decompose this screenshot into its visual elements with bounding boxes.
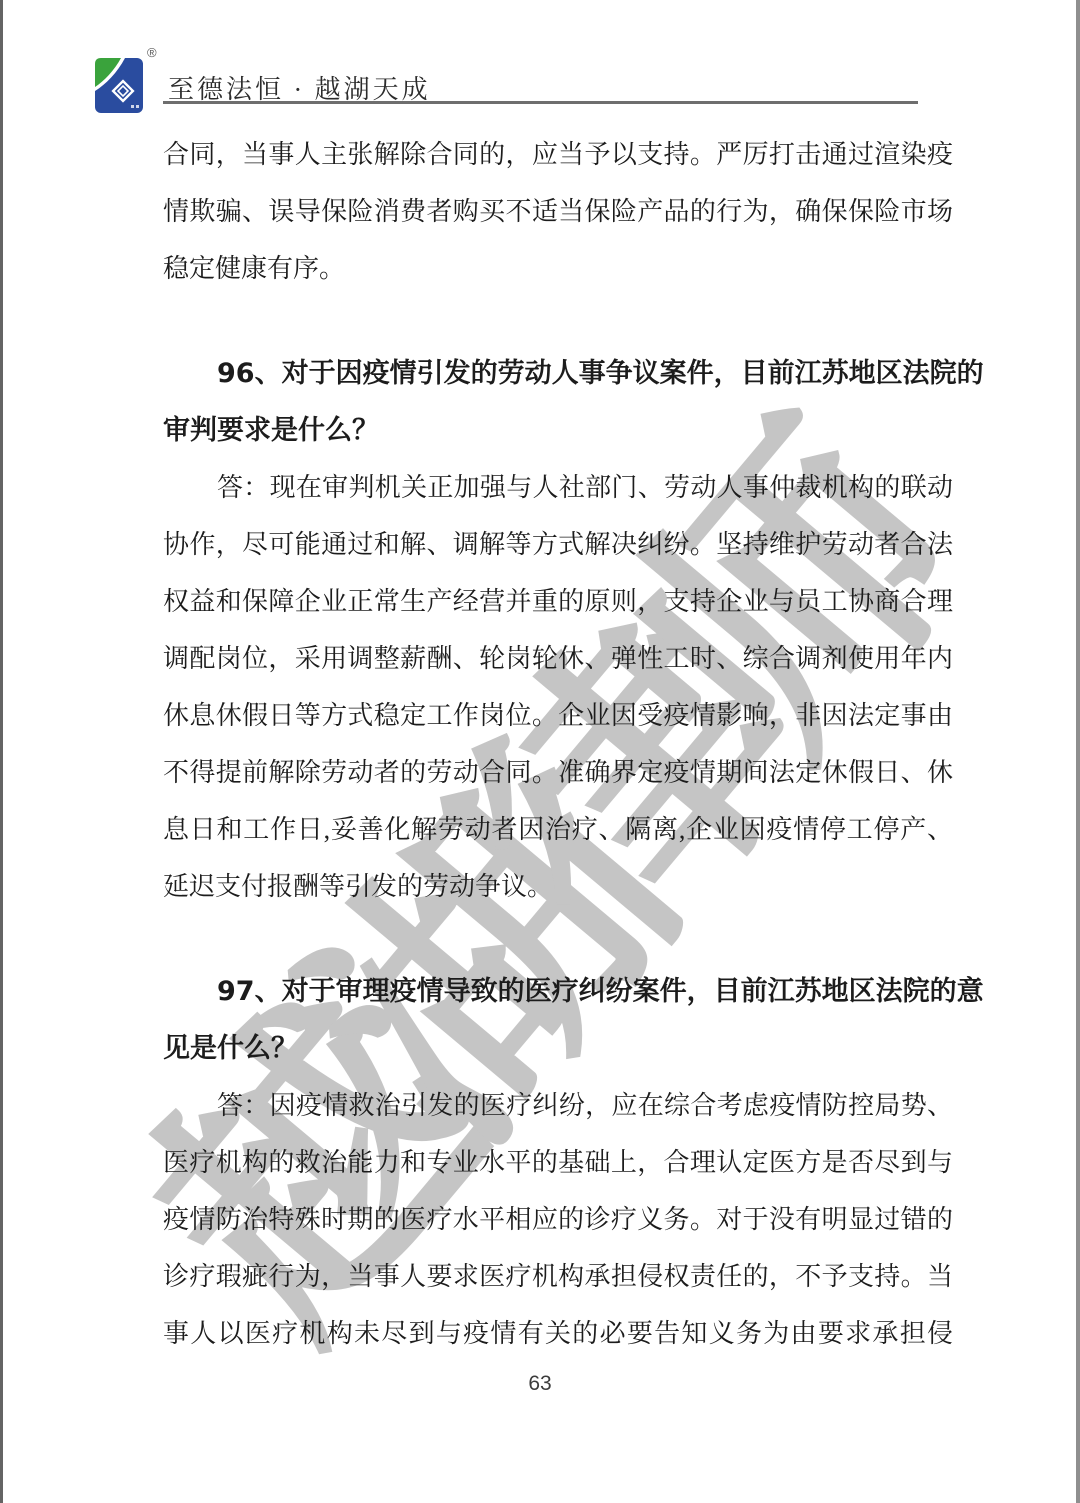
header-divider [163,101,918,104]
answer-96: 答：现在审判机关正加强与人社部门、劳动人事仲裁机构的联动 协作，尽可能通过和解、… [163,459,953,915]
text-line: 不得提前解除劳动者的劳动合同。准确界定疫情期间法定休假日、休 [163,744,953,801]
text-line: 事人以医疗机构未尽到与疫情有关的必要告知义务为由要求承担侵 [163,1305,953,1362]
text-line: 休息休假日等方式稳定工作岗位。企业因受疫情影响，非因法定事由 [163,687,953,744]
page-edge-right [1076,0,1080,1503]
page-number: 63 [0,1372,1080,1396]
text-line: 答：现在审判机关正加强与人社部门、劳动人事仲裁机构的联动 [163,459,953,516]
paragraph-continuation: 合同，当事人主张解除合同的，应当予以支持。严厉打击通过渲染疫 情欺骗、误导保险消… [163,126,953,297]
text-line: 协作，尽可能通过和解、调解等方式解决纠纷。坚持维护劳动者合法 [163,516,953,573]
text-line: 审判要求是什么？ [163,402,953,459]
text-line: 延迟支付报酬等引发的劳动争议。 [163,858,953,915]
text-line: 疫情防治特殊时期的医疗水平相应的诊疗义务。对于没有明显过错的 [163,1191,953,1248]
registered-trademark-icon: ® [147,45,157,60]
answer-97: 答：因疫情救治引发的医疗纠纷，应在综合考虑疫情防控局势、 医疗机构的救治能力和专… [163,1077,953,1362]
text-line: 96、对于因疫情引发的劳动人事争议案件，目前江苏地区法院的 [163,345,953,402]
question-97: 97、对于审理疫情导致的医疗纠纷案件，目前江苏地区法院的意 见是什么？ [163,963,953,1077]
firm-logo-icon [95,58,143,113]
text-line: 97、对于审理疫情导致的医疗纠纷案件，目前江苏地区法院的意 [163,963,953,1020]
text-line: 诊疗瑕疵行为，当事人要求医疗机构承担侵权责任的，不予支持。当 [163,1248,953,1305]
document-body: 合同，当事人主张解除合同的，应当予以支持。严厉打击通过渲染疫 情欺骗、误导保险消… [163,126,953,1362]
text-line: 稳定健康有序。 [163,240,953,297]
text-line: 答：因疫情救治引发的医疗纠纷，应在综合考虑疫情防控局势、 [163,1077,953,1134]
page-edge-left [0,0,3,1503]
text-line: 医疗机构的救治能力和专业水平的基础上，合理认定医方是否尽到与 [163,1134,953,1191]
text-line: 权益和保障企业正常生产经营并重的原则，支持企业与员工协商合理 [163,573,953,630]
question-96: 96、对于因疫情引发的劳动人事争议案件，目前江苏地区法院的 审判要求是什么？ [163,345,953,459]
text-line: 息日和工作日,妥善化解劳动者因治疗、隔离,企业因疫情停工停产、 [163,801,953,858]
text-line: 合同，当事人主张解除合同的，应当予以支持。严厉打击通过渲染疫 [163,126,953,183]
text-line: 调配岗位，采用调整薪酬、轮岗轮休、弹性工时、综合调剂使用年内 [163,630,953,687]
text-line: 情欺骗、误导保险消费者购买不适当保险产品的行为，确保保险市场 [163,183,953,240]
text-line: 见是什么？ [163,1020,953,1077]
